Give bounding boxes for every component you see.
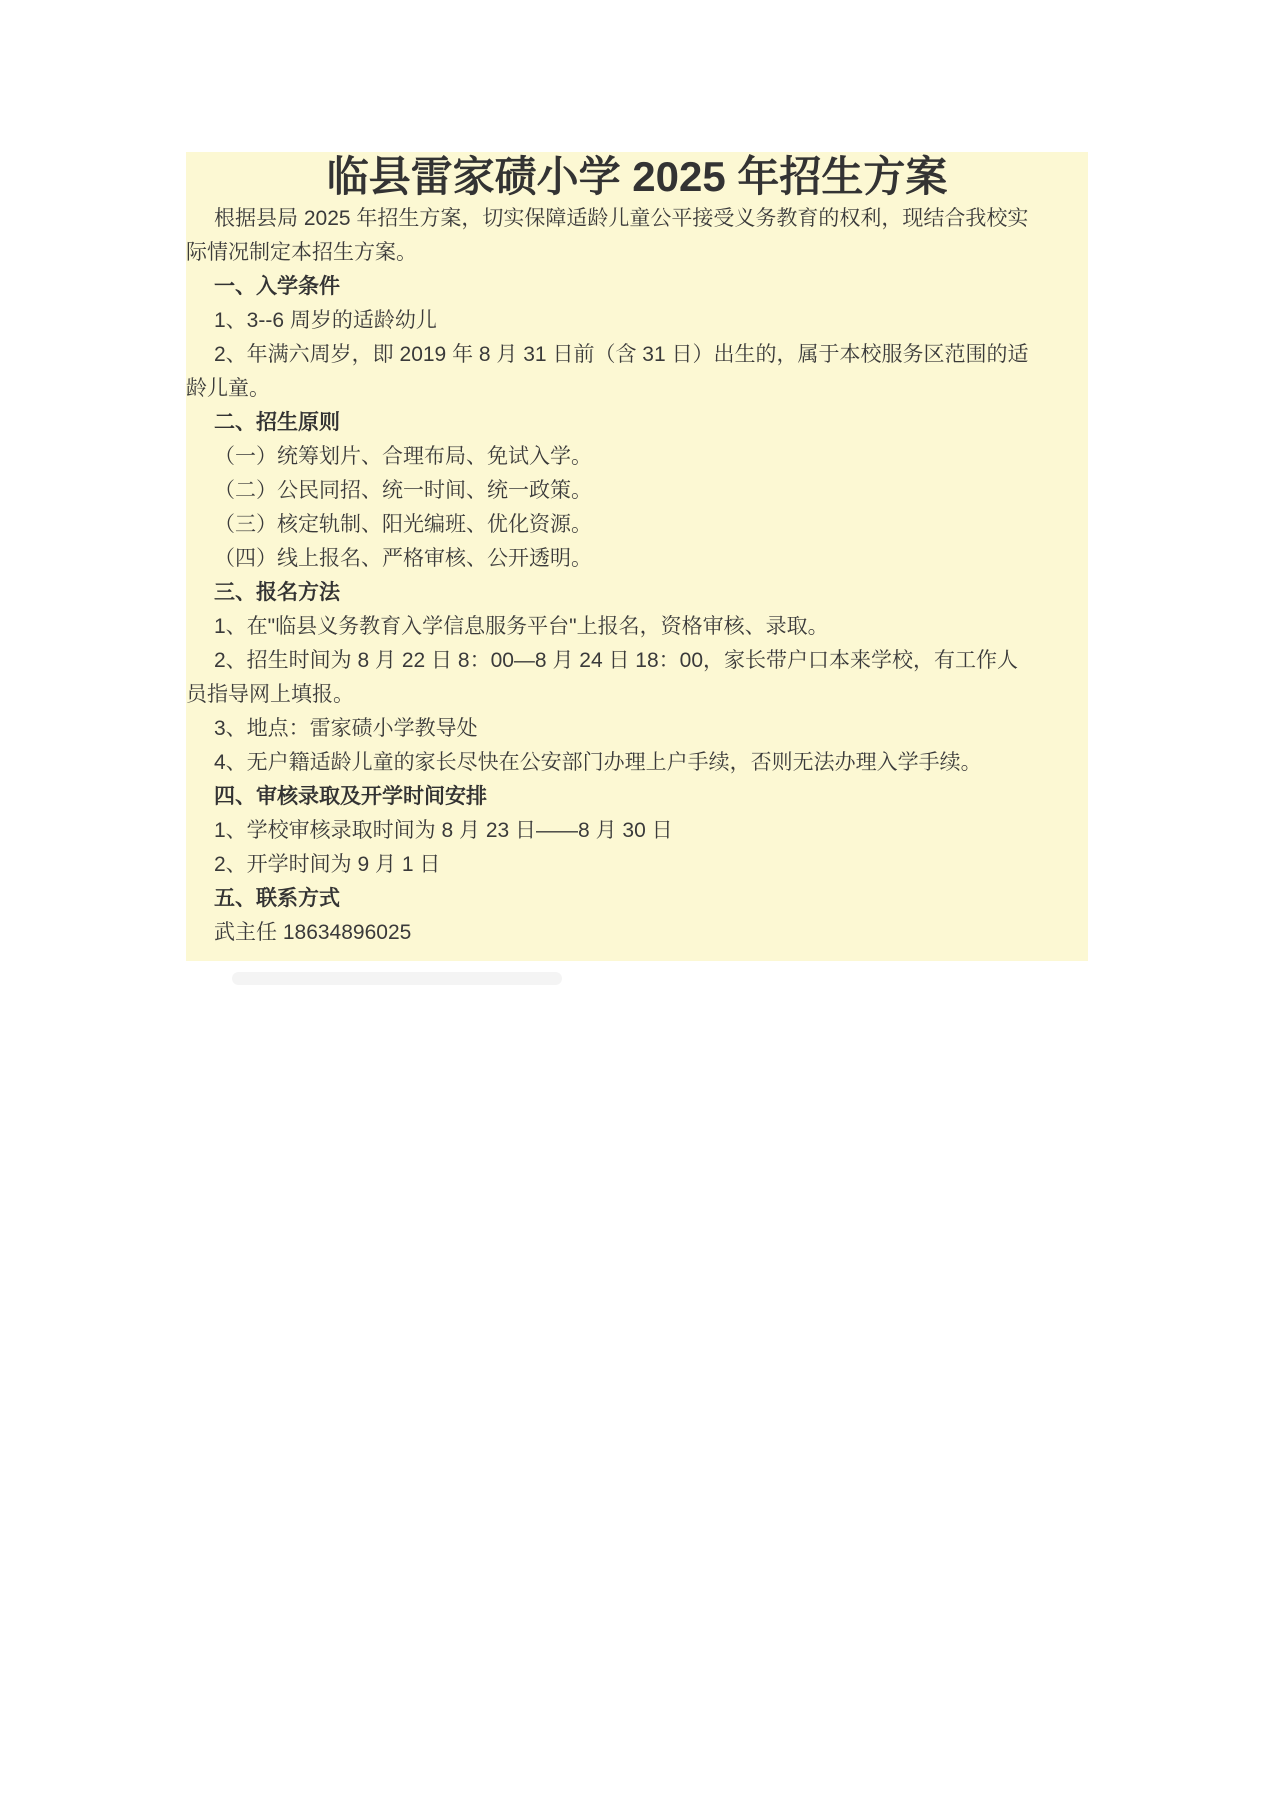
text-line: 1、3--6 周岁的适龄幼儿 xyxy=(186,304,1088,338)
scan-artifact xyxy=(232,972,562,985)
text-line: 一、入学条件 xyxy=(186,270,1088,304)
text-line: 1、在"临县义务教育入学信息服务平台"上报名，资格审核、录取。 xyxy=(186,610,1088,644)
text-line: 三、报名方法 xyxy=(186,576,1088,610)
page-canvas: 临县雷家碛小学 2025 年招生方案 根据县局 2025 年招生方案，切实保障适… xyxy=(0,0,1279,1809)
text-line: （一）统筹划片、合理布局、免试入学。 xyxy=(186,440,1088,474)
text-line: 2、年满六周岁，即 2019 年 8 月 31 日前（含 31 日）出生的，属于… xyxy=(186,338,1088,372)
text-line: 龄儿童。 xyxy=(186,372,1088,406)
text-line: 武主任 18634896025 xyxy=(186,916,1088,950)
text-line: 四、审核录取及开学时间安排 xyxy=(186,780,1088,814)
text-line: 2、招生时间为 8 月 22 日 8：00—8 月 24 日 18：00，家长带… xyxy=(186,644,1088,678)
document-body: 根据县局 2025 年招生方案，切实保障适龄儿童公平接受义务教育的权利，现结合我… xyxy=(186,202,1088,950)
document-title: 临县雷家碛小学 2025 年招生方案 xyxy=(186,152,1088,202)
text-line: 1、学校审核录取时间为 8 月 23 日——8 月 30 日 xyxy=(186,814,1088,848)
text-line: （四）线上报名、严格审核、公开透明。 xyxy=(186,542,1088,576)
text-line: 3、地点：雷家碛小学教导处 xyxy=(186,712,1088,746)
text-line: 际情况制定本招生方案。 xyxy=(186,236,1088,270)
text-line: 员指导网上填报。 xyxy=(186,678,1088,712)
text-line: （二）公民同招、统一时间、统一政策。 xyxy=(186,474,1088,508)
text-line: （三）核定轨制、阳光编班、优化资源。 xyxy=(186,508,1088,542)
text-line: 五、联系方式 xyxy=(186,882,1088,916)
document-sheet: 临县雷家碛小学 2025 年招生方案 根据县局 2025 年招生方案，切实保障适… xyxy=(186,152,1088,961)
text-line: 2、开学时间为 9 月 1 日 xyxy=(186,848,1088,882)
text-line: 二、招生原则 xyxy=(186,406,1088,440)
text-line: 4、无户籍适龄儿童的家长尽快在公安部门办理上户手续，否则无法办理入学手续。 xyxy=(186,746,1088,780)
text-line: 根据县局 2025 年招生方案，切实保障适龄儿童公平接受义务教育的权利，现结合我… xyxy=(186,202,1088,236)
